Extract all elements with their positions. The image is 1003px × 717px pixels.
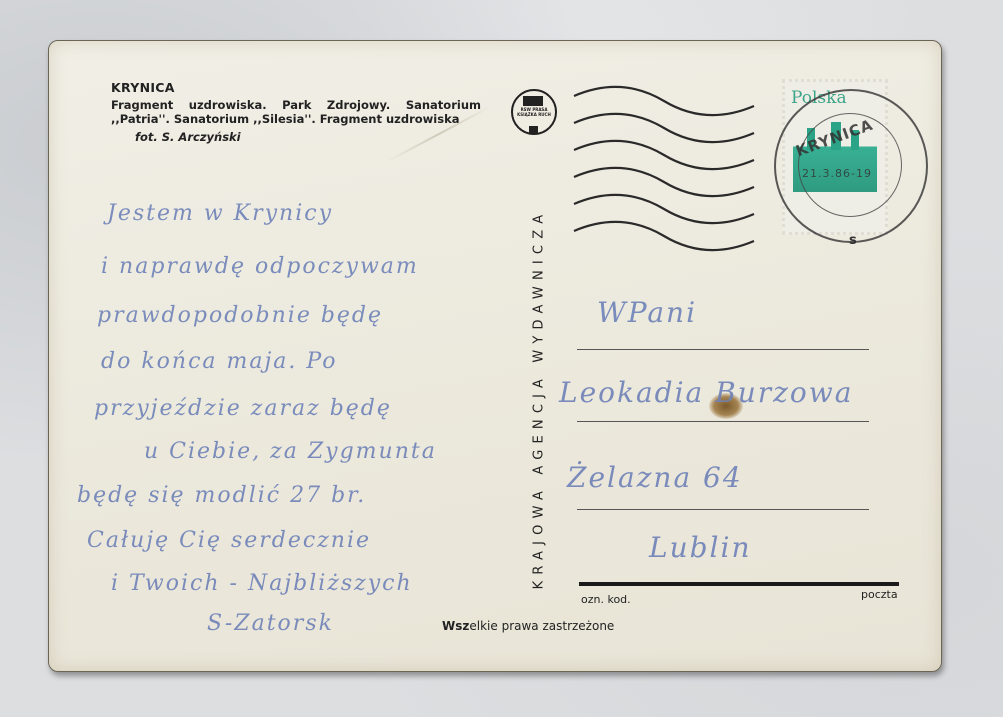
address-line-1 bbox=[577, 349, 869, 350]
post-office-label: poczta bbox=[861, 588, 898, 601]
postal-code-label: ozn. kod. bbox=[581, 593, 631, 606]
message-line: Jestem w Krynicy bbox=[107, 201, 333, 226]
message-line: do końca maja. Po bbox=[101, 349, 338, 374]
message-line: przyjeździe zaraz będę bbox=[94, 396, 392, 421]
description-line-1: Fragment uzdrowiska. Park Zdrojowy. Sana… bbox=[111, 99, 481, 112]
message-line: i naprawdę odpoczywam bbox=[101, 254, 419, 279]
publisher-vertical-text: KRAJOWA AGENCJA WYDAWNICZA bbox=[529, 171, 549, 626]
postmark-letter: s bbox=[849, 233, 857, 248]
message-line: prawdopodobnie będę bbox=[97, 303, 383, 328]
postal-code-line bbox=[579, 582, 899, 586]
cancellation-wavy-lines-icon bbox=[569, 81, 759, 261]
postcard-title: KRYNICA bbox=[111, 80, 175, 95]
signature: S-Zatorsk bbox=[207, 611, 334, 636]
description-line-2: ,,Patria''. Sanatorium ,,Silesia''. Frag… bbox=[111, 112, 460, 126]
message-line: u Ciebie, za Zygmunta bbox=[144, 439, 437, 464]
postcard: KRYNICA Fragment uzdrowiska. Park Zdrojo… bbox=[48, 40, 942, 672]
address-name: Leokadia Burzowa bbox=[559, 376, 853, 409]
address-line-3 bbox=[577, 509, 869, 510]
publisher-logo-icon: RSW PRASA KSIĄŻKA RUCH bbox=[511, 89, 557, 135]
address-salutation: WPani bbox=[597, 296, 697, 329]
message-line: i Twoich - Najbliższych bbox=[111, 571, 413, 596]
photo-credit: fot. S. Arczyński bbox=[135, 130, 241, 144]
address-line-2 bbox=[577, 421, 869, 422]
postmark-date: 21.3.86-19 bbox=[802, 167, 872, 180]
message-line: będę się modlić 27 br. bbox=[77, 483, 366, 508]
address-street: Żelazna 64 bbox=[567, 461, 743, 494]
postmark-circle bbox=[774, 89, 928, 243]
message-line: Całuję Cię serdecznie bbox=[87, 528, 371, 553]
rights-reserved: Wszelkie prawa zastrzeżone bbox=[442, 619, 614, 633]
address-city: Lublin bbox=[649, 531, 752, 564]
